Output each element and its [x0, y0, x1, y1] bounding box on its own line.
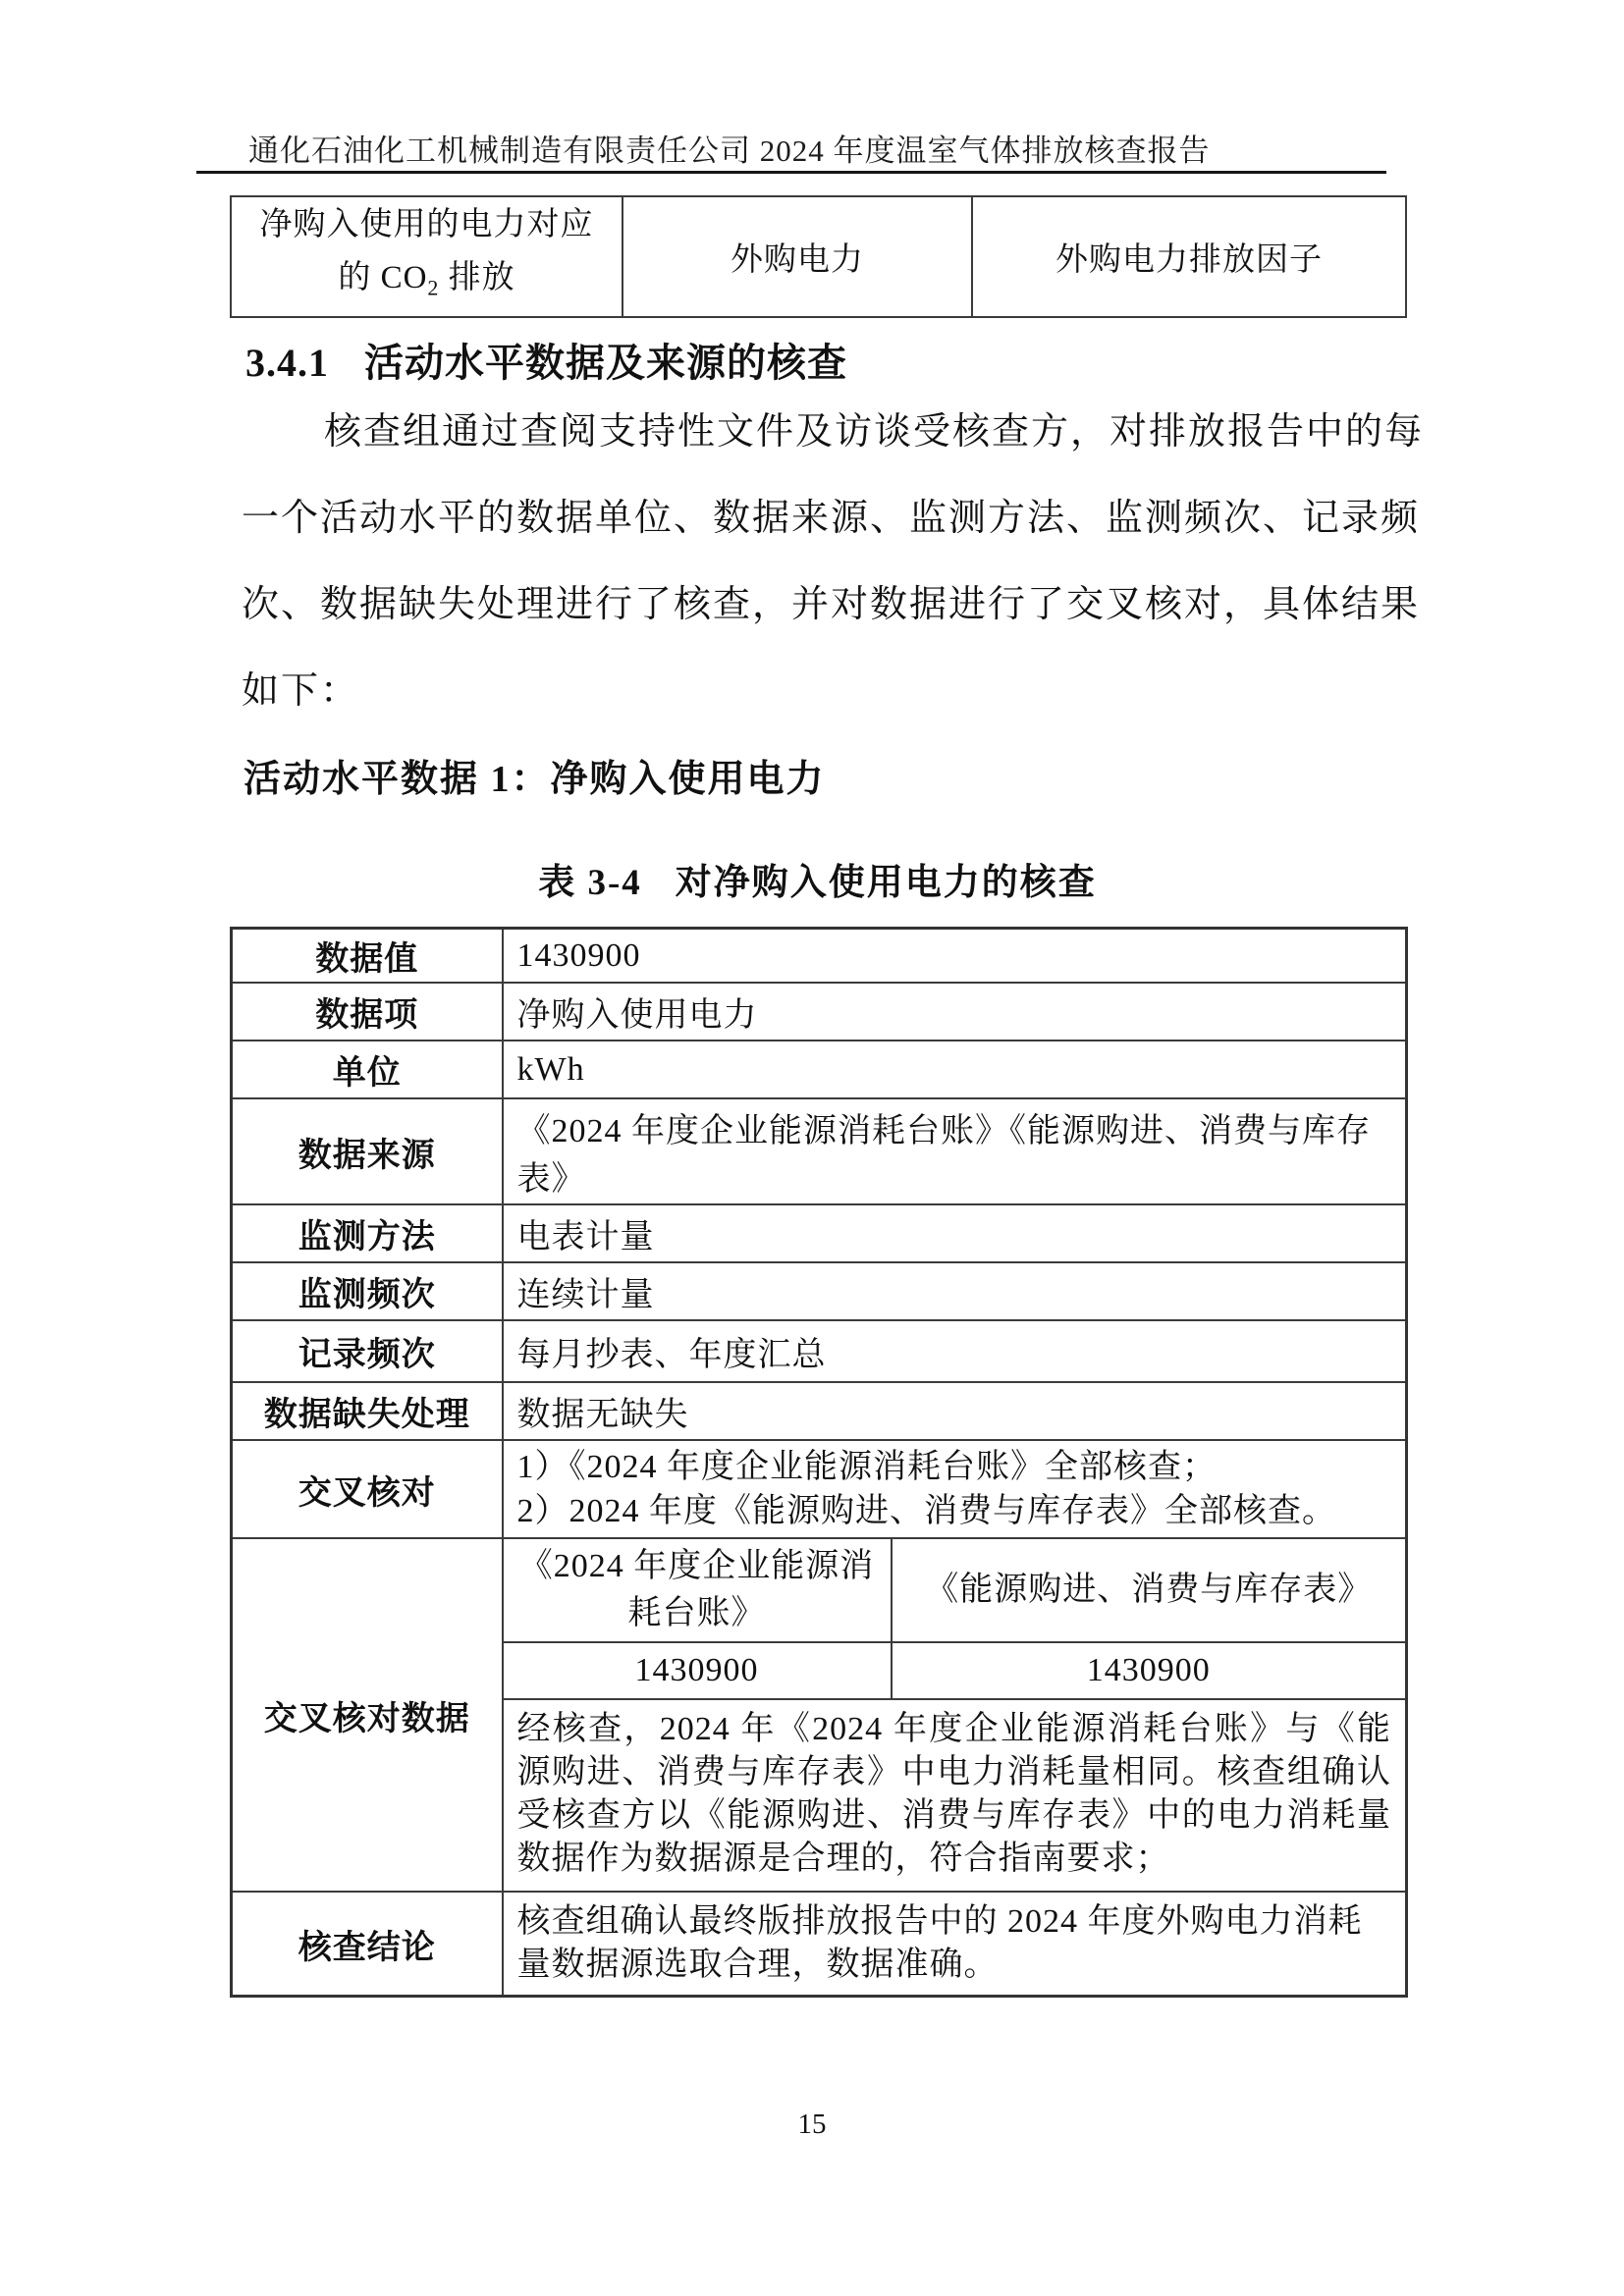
- row-label: 监测方法: [232, 1204, 503, 1262]
- cross-check-analysis: 经核查，2024 年《2024 年度企业能源消耗台账》与《能源购进、消费与库存表…: [504, 1700, 1406, 1891]
- row-label: 记录频次: [232, 1320, 503, 1382]
- subtable-source2-header: 《能源购进、消费与库存表》: [893, 1539, 1406, 1643]
- section-number: 3.4.1: [245, 341, 329, 385]
- cross-check-line2: 2）2024 年度《能源购进、消费与库存表》全部核查。: [517, 1489, 1392, 1533]
- section-heading: 3.4.1活动水平数据及来源的核查: [245, 332, 847, 388]
- table-row-cross-check-data: 交叉核对数据 《2024 年度企业能源消耗台账》 《能源购进、消费与库存表》 1…: [232, 1538, 1407, 1892]
- table-caption-label: 表 3-4: [538, 863, 642, 903]
- row-value: 数据无缺失: [503, 1382, 1407, 1440]
- paragraph-line: 如下：: [242, 648, 1395, 734]
- header-divider: [196, 171, 1386, 174]
- table-row: 监测频次 连续计量: [232, 1262, 1407, 1320]
- page-number: 15: [0, 2109, 1624, 2141]
- row-label: 交叉核对数据: [232, 1538, 503, 1892]
- row-label: 数据来源: [232, 1098, 503, 1204]
- body-paragraph: 核查组通过查阅支持性文件及访谈受核查方，对排放报告中的每 一个活动水平的数据单位…: [242, 389, 1395, 734]
- summary-co2-line2: 的 CO2 排放: [233, 251, 621, 315]
- row-label: 数据值: [232, 929, 503, 984]
- co2-prefix: 的 CO: [338, 260, 427, 295]
- subtable-source1-value: 1430900: [504, 1643, 893, 1700]
- cross-check-value: 1）《2024 年度企业能源消耗台账》全部核查； 2）2024 年度《能源购进、…: [503, 1440, 1407, 1538]
- section-title: 活动水平数据及来源的核查: [364, 341, 847, 385]
- row-label: 交叉核对: [232, 1440, 503, 1538]
- table-caption: 表 3-4对净购入使用电力的核查: [230, 852, 1405, 905]
- emission-summary-table: 净购入使用的电力对应 的 CO2 排放 外购电力 外购电力排放因子: [230, 195, 1407, 318]
- row-value: 《2024 年度企业能源消耗台账》《能源购进、消费与库存表》: [503, 1098, 1407, 1204]
- cross-check-data-cell: 《2024 年度企业能源消耗台账》 《能源购进、消费与库存表》 1430900 …: [503, 1538, 1407, 1892]
- summary-co2-line1: 净购入使用的电力对应: [233, 198, 621, 251]
- row-value: 电表计量: [503, 1204, 1407, 1262]
- cross-check-subtable: 《2024 年度企业能源消耗台账》 《能源购进、消费与库存表》 1430900 …: [504, 1539, 1406, 1891]
- table-row: 数据项 净购入使用电力: [232, 983, 1407, 1041]
- table-row: 数据值 1430900: [232, 929, 1407, 984]
- document-page: 通化石油化工机械制造有限责任公司 2024 年度温室气体排放核查报告 净购入使用…: [0, 0, 1624, 2296]
- row-label: 数据缺失处理: [232, 1382, 503, 1440]
- co2-subscript: 2: [427, 276, 439, 300]
- subtable-source2-value: 1430900: [893, 1643, 1406, 1700]
- summary-cell-emission-factor: 外购电力排放因子: [972, 196, 1406, 317]
- row-label: 单位: [232, 1041, 503, 1098]
- page-header-title: 通化石油化工机械制造有限责任公司 2024 年度温室气体排放核查报告: [248, 126, 1211, 170]
- conclusion-value: 核查组确认最终版排放报告中的 2024 年度外购电力消耗量数据源选取合理，数据准…: [503, 1892, 1407, 1997]
- paragraph-line: 核查组通过查阅支持性文件及访谈受核查方，对排放报告中的每: [242, 389, 1395, 475]
- row-label: 监测频次: [232, 1262, 503, 1320]
- row-value: 净购入使用电力: [503, 983, 1407, 1041]
- row-label: 数据项: [232, 983, 503, 1041]
- table-caption-title: 对净购入使用电力的核查: [676, 863, 1097, 903]
- row-value: kWh: [503, 1041, 1407, 1098]
- row-value: 连续计量: [503, 1262, 1407, 1320]
- table-row-conclusion: 核查结论 核查组确认最终版排放报告中的 2024 年度外购电力消耗量数据源选取合…: [232, 1892, 1407, 1997]
- verification-table: 数据值 1430900 数据项 净购入使用电力 单位 kWh 数据来源 《202…: [230, 927, 1408, 1998]
- paragraph-line: 次、数据缺失处理进行了核查，并对数据进行了交叉核对，具体结果: [242, 561, 1395, 648]
- table-row: 单位 kWh: [232, 1041, 1407, 1098]
- row-label: 核查结论: [232, 1892, 503, 1997]
- table-row-cross-check: 交叉核对 1）《2024 年度企业能源消耗台账》全部核查； 2）2024 年度《…: [232, 1440, 1407, 1538]
- table-row: 监测方法 电表计量: [232, 1204, 1407, 1262]
- cross-check-line1: 1）《2024 年度企业能源消耗台账》全部核查；: [517, 1445, 1392, 1489]
- summary-cell-co2: 净购入使用的电力对应 的 CO2 排放: [231, 196, 623, 317]
- table-row: 净购入使用的电力对应 的 CO2 排放 外购电力 外购电力排放因子: [231, 196, 1406, 317]
- table-row: 记录频次 每月抄表、年度汇总: [232, 1320, 1407, 1382]
- co2-suffix: 排放: [439, 260, 514, 295]
- row-value: 每月抄表、年度汇总: [503, 1320, 1407, 1382]
- summary-cell-purchased-electricity: 外购电力: [623, 196, 972, 317]
- paragraph-line: 一个活动水平的数据单位、数据来源、监测方法、监测频次、记录频: [242, 475, 1395, 561]
- row-value: 1430900: [503, 929, 1407, 984]
- activity-data-heading: 活动水平数据 1：净购入使用电力: [244, 748, 826, 802]
- subtable-source1-header: 《2024 年度企业能源消耗台账》: [504, 1539, 893, 1643]
- table-row: 数据来源 《2024 年度企业能源消耗台账》《能源购进、消费与库存表》: [232, 1098, 1407, 1204]
- table-row: 数据缺失处理 数据无缺失: [232, 1382, 1407, 1440]
